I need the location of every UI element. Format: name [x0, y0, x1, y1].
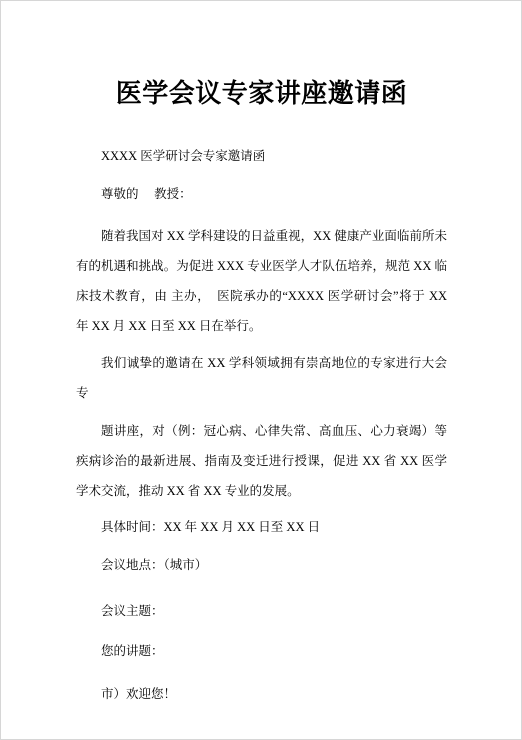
- document-page: 医学会议专家讲座邀请函 XXXX 医学研讨会专家邀请函 尊敬的 教授： 随着我国…: [0, 0, 522, 740]
- line-your-talk-title: 您的讲题：: [76, 636, 447, 666]
- paragraph-subject-line: XXXX 医学研讨会专家邀请函: [76, 141, 447, 171]
- paragraph-intro: 随着我国对 XX 学科建设的日益重视，XX 健康产业面临前所未有的机遇和挑战。为…: [76, 221, 447, 341]
- document-title: 医学会议专家讲座邀请函: [76, 73, 447, 113]
- paragraph-invitation-lead: 我们诚挚的邀请在 XX 学科领域拥有崇高地位的专家进行大会专: [76, 348, 447, 408]
- line-meeting-location: 会议地点：（城市）: [76, 550, 447, 580]
- line-welcome: 市）欢迎您！: [76, 679, 447, 709]
- line-specific-time: 具体时间：XX 年 XX 月 XX 日至 XX 日: [76, 512, 447, 542]
- paragraph-salutation: 尊敬的 教授：: [76, 179, 447, 209]
- paragraph-lecture-details: 题讲座，对（例：冠心病、心律失常、高血压、心力衰竭）等疾病诊治的最新进展、指南及…: [76, 416, 447, 506]
- line-meeting-theme: 会议主题：: [76, 596, 447, 626]
